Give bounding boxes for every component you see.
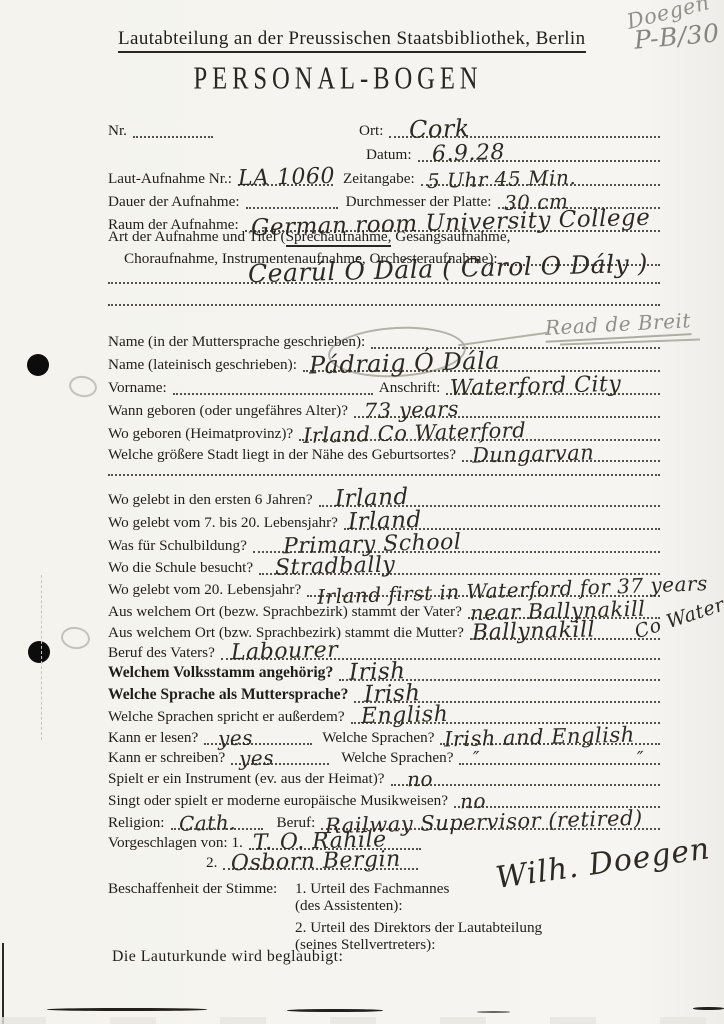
anschrift-line: Waterford City <box>446 373 660 395</box>
punch-hole-top <box>27 354 49 376</box>
row-nr-ort: Nr. Ort: Cork <box>108 118 660 138</box>
art-sprechaufnahme-underlined: Sprechaufnahme, <box>286 228 392 247</box>
row-lautnr-zeit: Laut-Aufnahme Nr.: LA 1060 Zeitangabe: 5… <box>108 166 660 186</box>
schulbildung-label: Was für Schulbildung? <box>108 538 253 553</box>
vorgeschlagen2-line: Osborn Bergin <box>223 848 418 870</box>
vater-ort-line: near Ballynakill <box>468 597 660 619</box>
stimme-label: Beschaffenheit der Stimme: <box>108 880 277 898</box>
schulbildung-line: Primary School <box>253 531 660 553</box>
wo-geboren-line: Irland Co Waterford <box>299 419 660 441</box>
durchmesser-label: Durchmesser der Platte: <box>346 194 498 209</box>
faint-circle-bottom <box>60 625 92 651</box>
blank-line-2 <box>108 474 660 476</box>
musikweisen-line: no <box>454 786 660 808</box>
instrument-label: Spielt er ein Instrument (ev. aus der He… <box>108 771 391 786</box>
row-stadt-nahe: Welche größere Stadt liegt in der Nähe d… <box>108 442 660 462</box>
row-vorname-anschrift: Vorname: Anschrift: Waterford City <box>108 375 660 395</box>
fold-line <box>41 575 42 740</box>
row-vater-ort: Aus welchem Ort (bezw. Sprachbezirk) sta… <box>108 599 660 619</box>
datum-line: 6.9.28 <box>418 140 660 162</box>
dauer-blank-line <box>246 187 338 209</box>
vorgeschlagen2-value: Osborn Bergin <box>231 849 401 875</box>
wann-geboren-label: Wann geboren (oder ungefähres Alter)? <box>108 403 354 418</box>
ort-label: Ort: <box>359 123 389 138</box>
schreiben-sprachen-label: Welche Sprachen? <box>341 750 459 765</box>
muttersprache-line: Irish <box>354 681 660 703</box>
mutter-ort-line: Ballynakill <box>470 618 660 640</box>
volksstamm-label: Welchem Volksstamm angehörig? <box>108 665 339 681</box>
zeitangabe-line: 5 Uhr 45 Min. <box>421 164 660 186</box>
name-lateinisch-line: Pádraig Ó Dála <box>303 350 660 372</box>
datum-value: 6.9.28 <box>431 142 505 166</box>
j7-20-label: Wo gelebt vom 7. bis 20. Lebensjahr? <box>108 515 344 530</box>
beglaubigt-label: Die Lauturkunde wird beglaubigt: <box>112 948 343 966</box>
row-schulbildung: Was für Schulbildung? Primary School <box>108 533 660 553</box>
ort-value: Cork <box>409 116 470 142</box>
volksstamm-line: Irish <box>339 659 660 681</box>
row-schule-ort: Wo die Schule besucht? Stradbally <box>108 555 660 575</box>
lesen-label: Kann er lesen? <box>108 730 204 745</box>
stimme-item2: 2. Urteil des Direktors der Lautabteilun… <box>295 919 542 937</box>
bottom-rule-3 <box>477 1011 510 1013</box>
wo-geboren-label: Wo geboren (Heimatprovinz)? <box>108 426 299 441</box>
stadt-nahe-value: Dungarvan <box>472 442 595 466</box>
vorgeschlagen2-label: 2. <box>206 855 223 870</box>
personal-bogen-scan: Lautabteilung an der Preussischen Staats… <box>0 0 724 1024</box>
schreiben-line: yes <box>231 743 329 765</box>
ort-line: Cork <box>389 116 660 138</box>
scan-bottom-smudge <box>0 1017 724 1024</box>
instrument-value: no <box>406 769 432 790</box>
bottom-rule-4 <box>693 1007 724 1010</box>
weitere-sprachen-line: English <box>351 702 660 724</box>
nr-label: Nr. <box>108 123 133 138</box>
stadt-nahe-label: Welche größere Stadt liegt in der Nähe d… <box>108 447 462 462</box>
scan-edge-line <box>2 943 4 1024</box>
name-lateinisch-label: Name (lateinisch geschrieben): <box>108 357 303 372</box>
row-wann-geboren: Wann geboren (oder ungefähres Alter)? 73… <box>108 398 660 418</box>
schreiben-label: Kann er schreiben? <box>108 750 231 765</box>
weitere-sprachen-label: Welche Sprachen spricht er außerdem? <box>108 709 351 724</box>
schule-ort-line: Stradbally <box>259 553 660 575</box>
bottom-rule-2 <box>287 1009 383 1012</box>
row-datum: Datum: 6.9.28 <box>108 142 660 162</box>
row-name-muttersprache: Name (in der Muttersprache geschrieben): <box>108 329 660 349</box>
lesen-line: yes <box>204 723 312 745</box>
beruf-vater-label: Beruf des Vaters? <box>108 645 221 660</box>
row-beruf-vater: Beruf des Vaters? Labourer <box>108 640 660 660</box>
lesen-sprachen-line: Irish and English <box>440 723 660 745</box>
wann-geboren-line: 73 years <box>354 396 660 418</box>
blank-line-1 <box>108 304 660 306</box>
row-musikweisen: Singt oder spielt er moderne europäische… <box>108 788 660 808</box>
row-muttersprache: Welche Sprache als Muttersprache? Irish <box>108 683 660 703</box>
art-label-line1: Art der Aufnahme und Titel (Sprechaufnah… <box>108 228 510 246</box>
erste-jahre-line: Irland <box>319 485 660 507</box>
faint-circle-top <box>67 374 98 400</box>
ab20-line: Irland first in Waterford for 37 years <box>307 575 660 597</box>
name-muttersprache-label: Name (in der Muttersprache geschrieben): <box>108 334 371 349</box>
lautnr-label: Laut-Aufnahme Nr.: <box>108 171 238 186</box>
lesen-sprachen-label: Welche Sprachen? <box>322 730 440 745</box>
row-7bis20: Wo gelebt vom 7. bis 20. Lebensjahr? Irl… <box>108 510 660 530</box>
religion-label: Religion: <box>108 815 171 830</box>
instrument-line: no <box>391 764 660 786</box>
musikweisen-label: Singt oder spielt er moderne europäische… <box>108 793 454 808</box>
row-lesen: Kann er lesen? yes Welche Sprachen? Iris… <box>108 725 660 745</box>
religion-line: Cath. <box>171 808 263 830</box>
nr-blank-line <box>133 116 213 138</box>
vater-ort-label: Aus welchem Ort (bezw. Sprachbezirk) sta… <box>108 604 468 619</box>
beruf-vater-line: Labourer <box>221 638 660 660</box>
j7-20-line: Irland <box>344 508 660 530</box>
stimme-item1: 1. Urteil des Fachmannes <box>295 880 449 898</box>
row-volksstamm: Welchem Volksstamm angehörig? Irish <box>108 661 660 681</box>
bottom-rule-1 <box>47 1008 207 1011</box>
stadt-nahe-line: Dungarvan <box>462 440 660 462</box>
anschrift-label: Anschrift: <box>379 380 447 395</box>
erste-jahre-label: Wo gelebt in den ersten 6 Jahren? <box>108 492 319 507</box>
row-name-lateinisch: Name (lateinisch geschrieben): Pádraig Ó… <box>108 352 660 372</box>
lautnr-line: LA 1060 <box>238 164 333 186</box>
row-wo-geboren: Wo geboren (Heimatprovinz)? Irland Co Wa… <box>108 421 660 441</box>
pencil-shelfmark: P-B/30 <box>633 18 721 54</box>
muttersprache-label: Welche Sprache als Muttersprache? <box>108 687 354 703</box>
datum-label: Datum: <box>366 147 418 162</box>
row-instrument: Spielt er ein Instrument (ev. aus der He… <box>108 766 660 786</box>
form-title: PERSONAL-BOGEN <box>158 61 519 97</box>
org-header: Lautabteilung an der Preussischen Staats… <box>118 28 586 53</box>
vorname-blank-line <box>173 373 373 395</box>
stimme-item1-sub: (des Assistenten): <box>295 897 403 915</box>
schule-ort-label: Wo die Schule besucht? <box>108 560 259 575</box>
zeitangabe-label: Zeitangabe: <box>343 171 421 186</box>
row-weitere-sprachen: Welche Sprachen spricht er außerdem? Eng… <box>108 704 660 724</box>
row-schreiben: Kann er schreiben? yes Welche Sprachen? … <box>108 745 660 765</box>
ab20-label: Wo gelebt vom 20. Lebensjahr? <box>108 582 307 597</box>
row-erste-jahre: Wo gelebt in den ersten 6 Jahren? Irland <box>108 487 660 507</box>
row-mutter-ort: Aus welchem Ort (bzw. Sprachbezirk) stam… <box>108 620 660 640</box>
vorname-label: Vorname: <box>108 380 173 395</box>
schreiben-sprachen-line: ″ ″ <box>459 743 660 765</box>
row-ab20: Wo gelebt vom 20. Lebensjahr? Irland fir… <box>108 577 660 597</box>
dauer-label: Dauer der Aufnahme: <box>108 194 246 209</box>
punch-hole-bottom <box>28 641 50 663</box>
name-muttersprache-blank-line <box>371 327 660 349</box>
